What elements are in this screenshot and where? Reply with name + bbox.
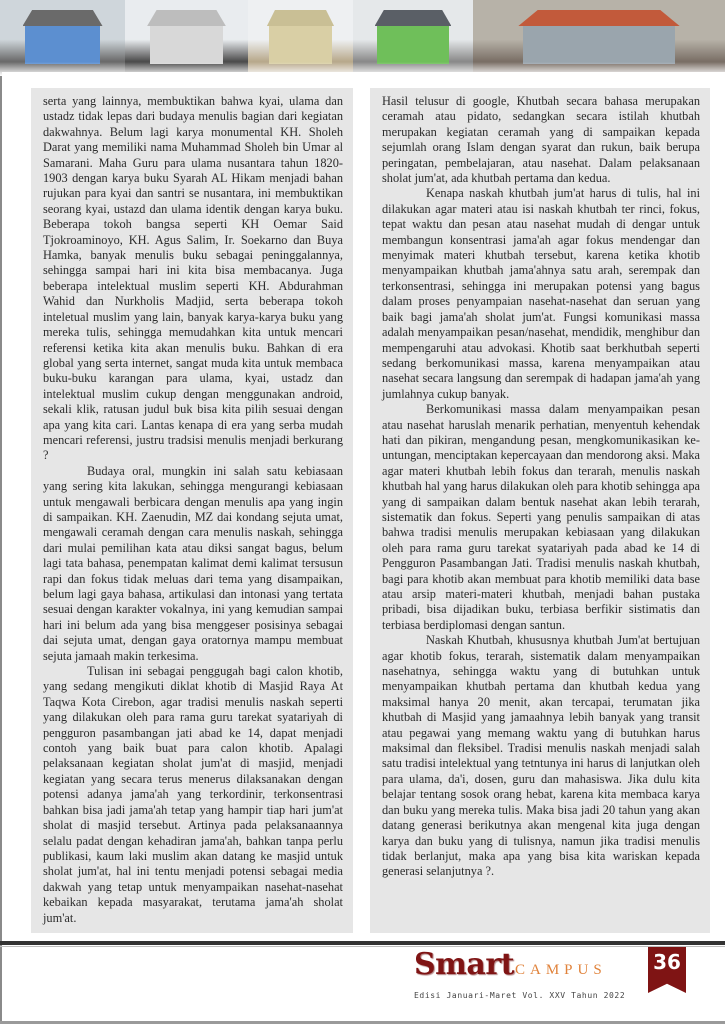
banner-fade	[0, 62, 725, 76]
edition-info: Edisi Januari-Maret Vol. XXV Tahun 2022	[414, 991, 625, 1000]
paragraph: Kenapa naskah khutbah jum'at harus di tu…	[382, 186, 700, 402]
paragraph: Tulisan ini sebagai penggugah bagi calon…	[43, 664, 343, 926]
paragraph: Hasil telusur di google, Khutbah secara …	[382, 94, 700, 186]
paragraph: Naskah Khutbah, khususnya khutbah Jum'at…	[382, 633, 700, 880]
magazine-brand: Smart CAMPUS Edisi Januari-Maret Vol. XX…	[410, 951, 680, 1011]
paragraph: Budaya oral, mungkin ini salah satu kebi…	[43, 464, 343, 664]
page-frame	[0, 0, 2, 1024]
article-column-left: serta yang lainnya, membuktikan bahwa ky…	[31, 88, 353, 933]
page-number: 36	[653, 950, 681, 993]
brand-logo-campus: CAMPUS	[515, 962, 607, 979]
article-column-right: Hasil telusur di google, Khutbah secara …	[370, 88, 710, 933]
footer-divider	[0, 941, 725, 945]
page-number-bookmark-icon: 36	[648, 947, 686, 993]
brand-logo-smart: Smart	[414, 947, 514, 982]
paragraph: Berkomunikasi massa dalam menyampaikan p…	[382, 402, 700, 633]
footer-divider-thin	[0, 946, 725, 947]
paragraph: serta yang lainnya, membuktikan bahwa ky…	[43, 94, 343, 464]
